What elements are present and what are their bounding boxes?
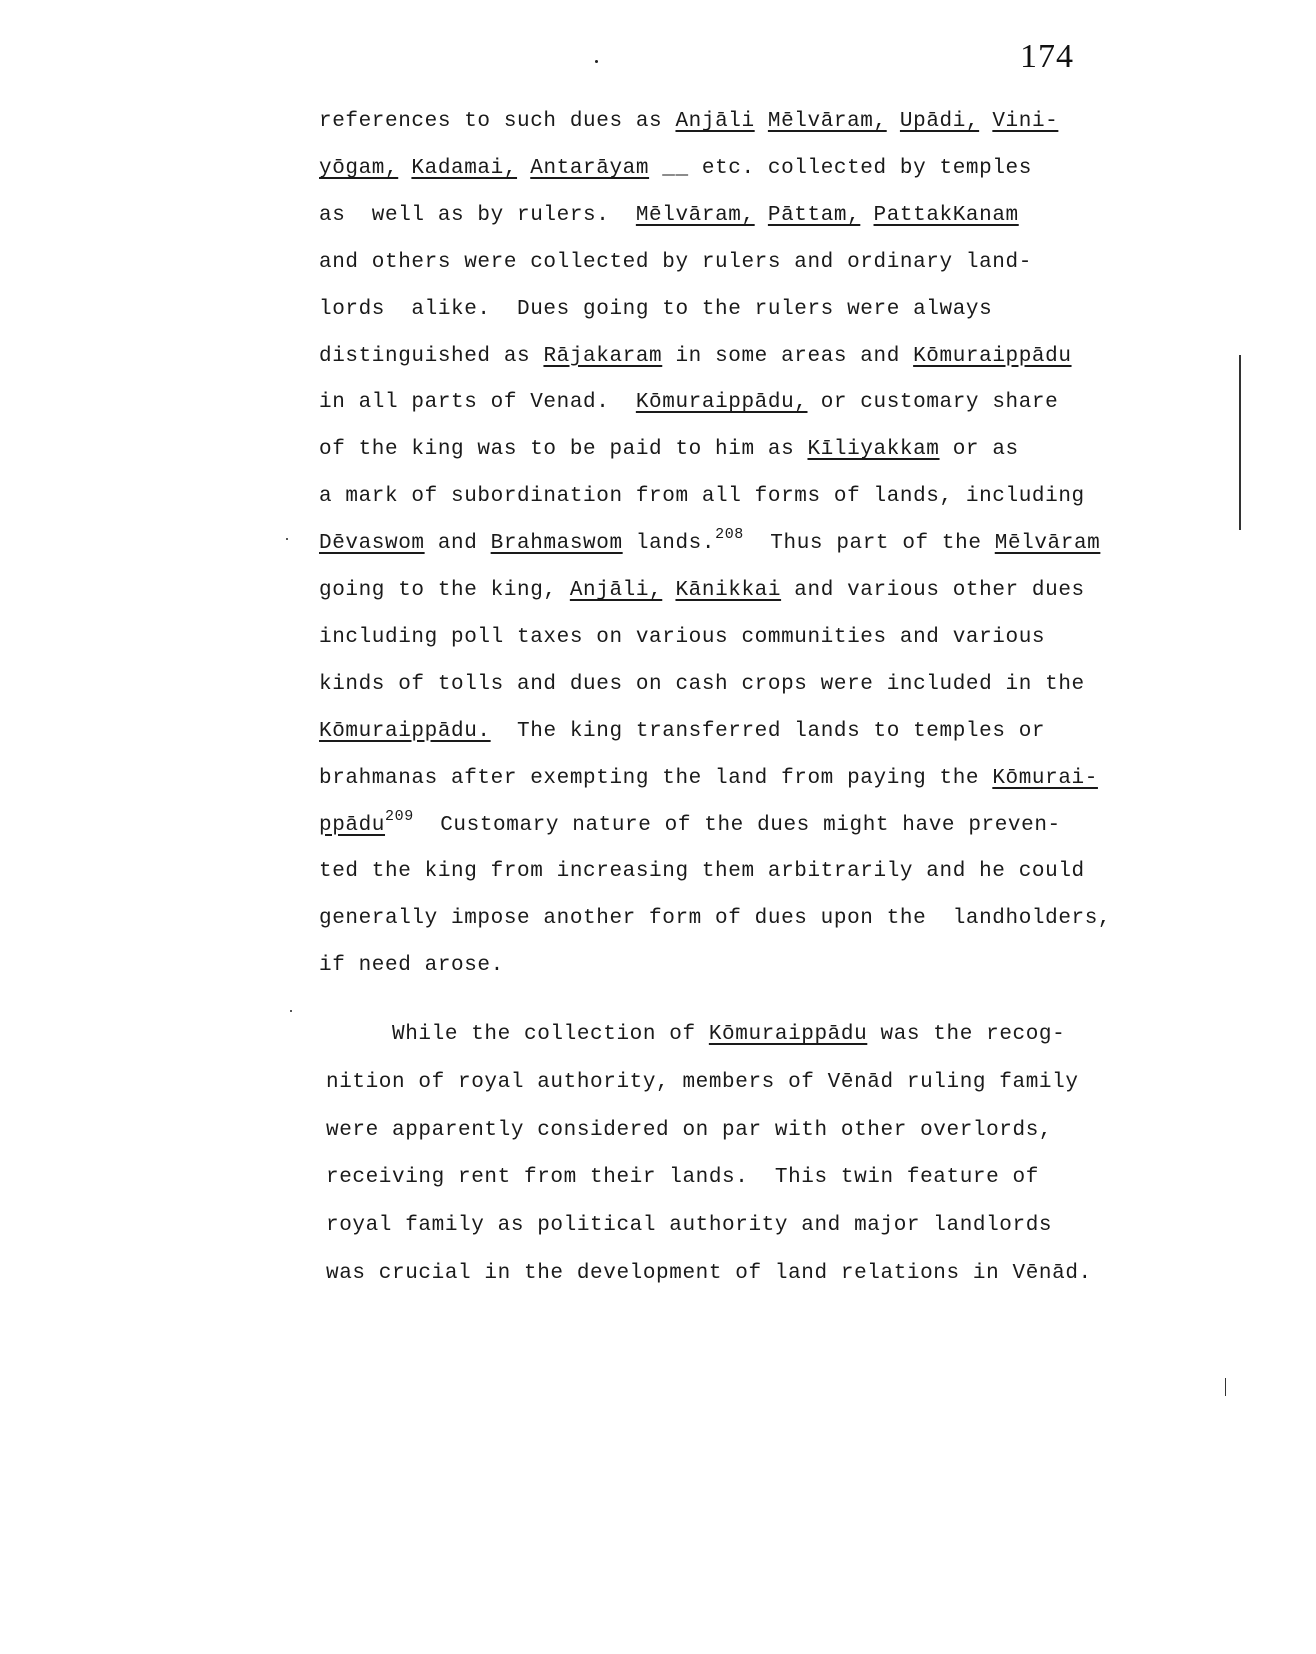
text-segment: ted the king from increasing them arbitr…	[319, 860, 1085, 883]
text-segment: or customary share	[808, 391, 1059, 414]
underlined-term: Kōmuraippādu	[709, 1023, 867, 1046]
text-segment: including poll taxes on various communit…	[319, 626, 1045, 649]
text-segment: was the recog-	[867, 1023, 1065, 1046]
text-segment: __ etc. collected by temples	[649, 157, 1032, 180]
text-line: of the king was to be paid to him as Kīl…	[319, 438, 1019, 462]
text-line: as well as by rulers. Mēlvāram, Pāttam, …	[319, 204, 1019, 228]
underlined-term: Mēlvāram,	[636, 204, 755, 227]
text-line: Dēvaswom and Brahmaswom lands.208 Thus p…	[319, 532, 1100, 556]
underlined-term: Mēlvāram,	[768, 110, 887, 133]
text-segment: kinds of tolls and dues on cash crops we…	[319, 673, 1085, 696]
underlined-term: Pāttam,	[768, 204, 860, 227]
text-segment: receiving rent from their lands. This tw…	[326, 1166, 1039, 1189]
text-line: and others were collected by rulers and …	[319, 251, 1032, 275]
text-segment: Customary nature of the dues might have …	[414, 814, 1061, 837]
underlined-term: Kīliyakkam	[807, 438, 939, 461]
footnote-reference: 208	[715, 526, 744, 543]
underlined-term: Kadamai,	[411, 157, 517, 180]
text-line: was crucial in the development of land r…	[326, 1262, 1092, 1286]
text-segment	[517, 157, 530, 180]
underlined-term: Kōmurai-	[992, 767, 1098, 790]
text-segment: distinguished as	[319, 345, 543, 368]
margin-line	[1239, 355, 1241, 530]
text-line: Kōmuraippādu. The king transferred lands…	[319, 720, 1045, 744]
text-line: brahmanas after exempting the land from …	[319, 767, 1098, 791]
page-number: 174	[1020, 38, 1074, 76]
text-segment: The king transferred lands to temples or	[491, 720, 1046, 743]
underlined-term: Vini-	[992, 110, 1058, 133]
scan-speck	[595, 60, 598, 63]
text-segment: a mark of subordination from all forms o…	[319, 485, 1085, 508]
text-segment: were apparently considered on par with o…	[326, 1119, 1052, 1142]
text-line: references to such dues as Anjāli Mēlvār…	[319, 110, 1058, 134]
text-line: were apparently considered on par with o…	[326, 1119, 1052, 1143]
underlined-term: Kōmuraippādu	[913, 345, 1071, 368]
underlined-term: Kānikkai	[675, 579, 781, 602]
text-line: in all parts of Venad. Kōmuraippādu, or …	[319, 391, 1058, 415]
text-line: nition of royal authority, members of Vē…	[326, 1071, 1079, 1095]
text-segment: brahmanas after exempting the land from …	[319, 767, 992, 790]
text-segment	[398, 157, 411, 180]
text-segment: as well as by rulers.	[319, 204, 636, 227]
underlined-term: Mēlvāram	[995, 532, 1101, 555]
text-segment	[860, 204, 873, 227]
text-segment: lands.	[623, 532, 715, 555]
text-segment: in some areas and	[662, 345, 913, 368]
underlined-term: yōgam,	[319, 157, 398, 180]
text-segment	[662, 579, 675, 602]
text-segment: and others were collected by rulers and …	[319, 251, 1032, 274]
underlined-term: Anjāli,	[570, 579, 662, 602]
underlined-term: Kōmuraippādu.	[319, 720, 491, 743]
footnote-reference: 209	[385, 808, 414, 825]
text-line: kinds of tolls and dues on cash crops we…	[319, 673, 1085, 697]
text-segment: Thus part of the	[744, 532, 995, 555]
text-segment: and various other dues	[781, 579, 1085, 602]
text-line: ted the king from increasing them arbitr…	[319, 860, 1085, 884]
underlined-term: Upādi,	[900, 110, 979, 133]
text-segment: references to such dues as	[319, 110, 675, 133]
scan-speck	[290, 1010, 292, 1012]
text-line: yōgam, Kadamai, Antarāyam __ etc. collec…	[319, 157, 1032, 181]
text-line: receiving rent from their lands. This tw…	[326, 1166, 1039, 1190]
underlined-term: Rājakaram	[543, 345, 662, 368]
text-segment: royal family as political authority and …	[326, 1214, 1052, 1237]
underlined-term: PattakKanam	[874, 204, 1019, 227]
underlined-term: ppādu	[319, 814, 385, 837]
text-segment	[755, 110, 768, 133]
text-segment: While the collection of	[326, 1023, 709, 1046]
text-line: While the collection of Kōmuraippādu was…	[326, 1023, 1065, 1047]
text-segment: in all parts of Venad.	[319, 391, 636, 414]
text-segment: nition of royal authority, members of Vē…	[326, 1071, 1079, 1094]
text-segment: and	[425, 532, 491, 555]
text-line: including poll taxes on various communit…	[319, 626, 1045, 650]
text-line: royal family as political authority and …	[326, 1214, 1052, 1238]
text-segment: lords alike. Dues going to the rulers we…	[319, 298, 992, 321]
text-line: a mark of subordination from all forms o…	[319, 485, 1085, 509]
underlined-term: Brahmaswom	[491, 532, 623, 555]
text-segment	[755, 204, 768, 227]
scan-speck	[286, 538, 288, 540]
text-line: if need arose.	[319, 954, 504, 978]
text-segment: of the king was to be paid to him as	[319, 438, 807, 461]
text-line: generally impose another form of dues up…	[319, 907, 1111, 931]
text-line: distinguished as Rājakaram in some areas…	[319, 345, 1072, 369]
underlined-term: Antarāyam	[530, 157, 649, 180]
text-line: lords alike. Dues going to the rulers we…	[319, 298, 992, 322]
text-segment	[979, 110, 992, 133]
text-segment: generally impose another form of dues up…	[319, 907, 1111, 930]
text-line: ppādu209 Customary nature of the dues mi…	[319, 814, 1061, 838]
text-segment: was crucial in the development of land r…	[326, 1262, 1092, 1285]
text-segment: going to the king,	[319, 579, 570, 602]
text-segment	[887, 110, 900, 133]
text-line: going to the king, Anjāli, Kānikkai and …	[319, 579, 1085, 603]
underlined-term: Kōmuraippādu,	[636, 391, 808, 414]
underlined-term: Dēvaswom	[319, 532, 425, 555]
text-segment: or as	[940, 438, 1019, 461]
text-segment: if need arose.	[319, 954, 504, 977]
underlined-term: Anjāli	[675, 110, 754, 133]
margin-line	[1225, 1378, 1226, 1396]
